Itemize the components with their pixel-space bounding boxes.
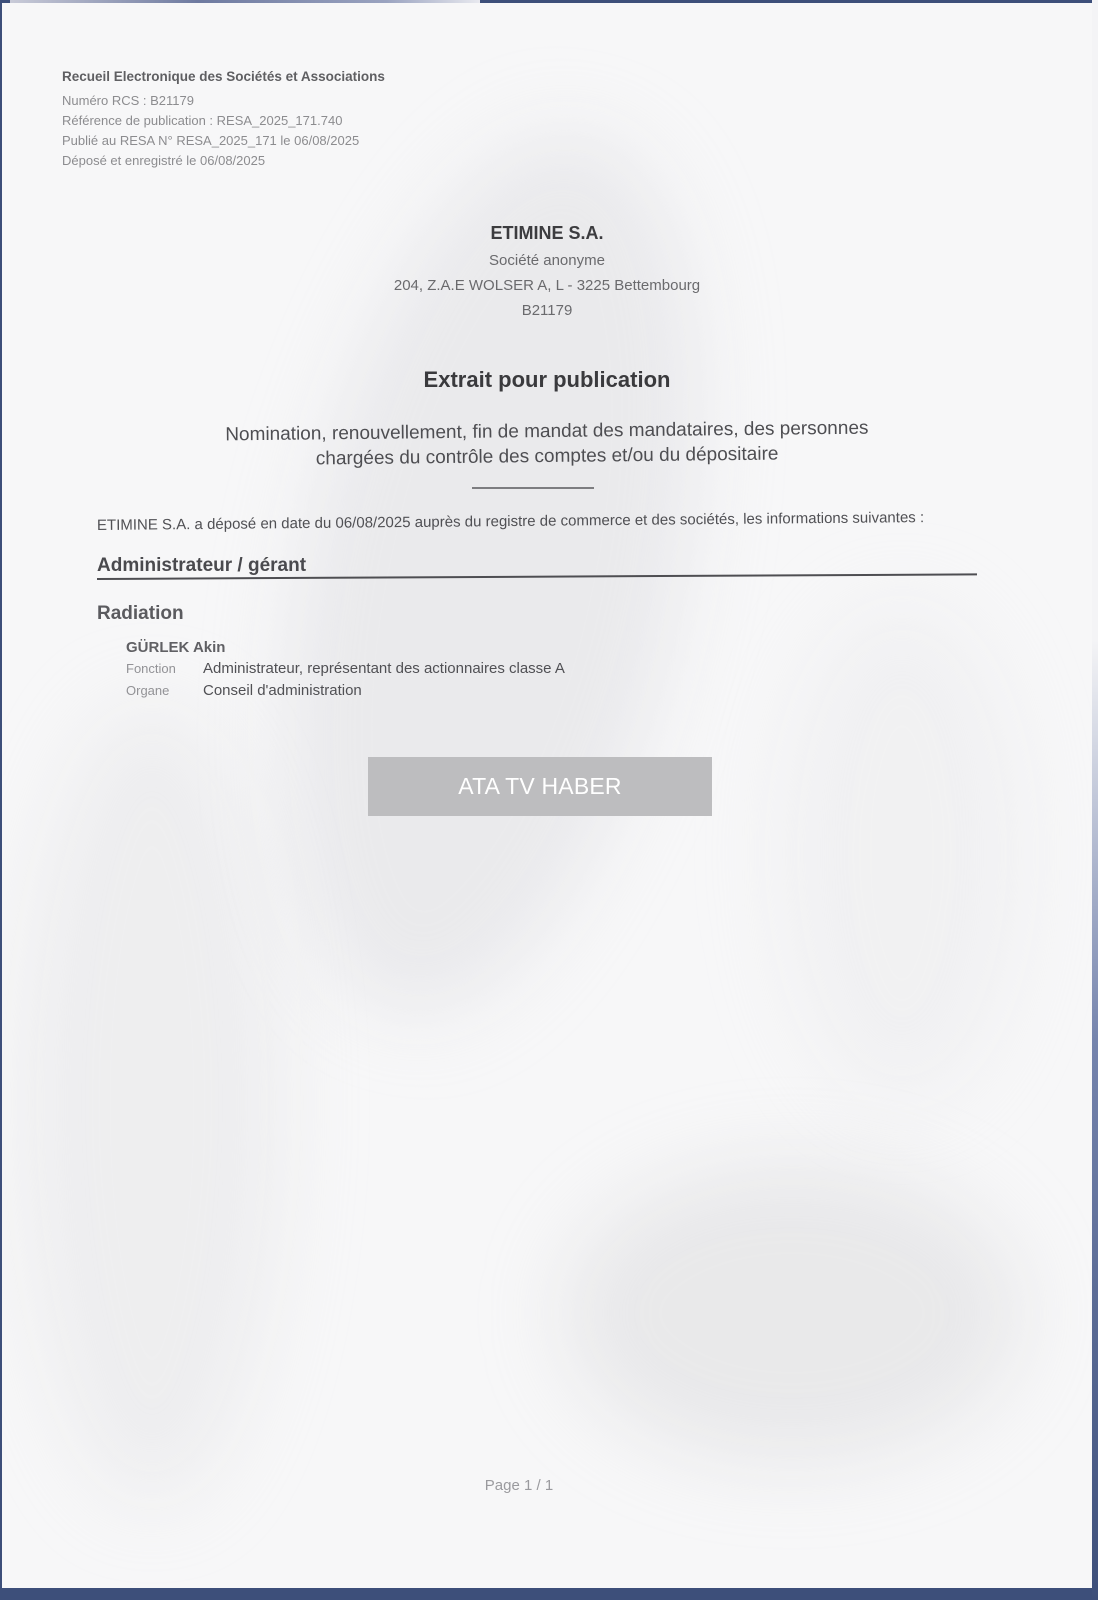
page-number: Page 1 / 1 <box>2 1477 1036 1494</box>
section-heading: Administrateur / gérant <box>97 555 306 577</box>
detail-row-fonction: FonctionAdministrateur, représentant des… <box>126 660 565 677</box>
detail-label: Organe <box>126 683 203 698</box>
company-address: 204, Z.A.E WOLSER A, L - 3225 Bettembour… <box>2 273 1092 298</box>
document-page: Recueil Electronique des Sociétés et Ass… <box>2 3 1092 1588</box>
watermark-banner: ATA TV HABER <box>368 757 712 816</box>
photo-edge-right <box>1092 0 1098 1600</box>
paper-shadow <box>22 703 282 1503</box>
detail-label: Fonction <box>126 661 203 676</box>
filing-statement: ETIMINE S.A. a déposé en date du 06/08/2… <box>97 509 977 534</box>
company-legal-form: Société anonyme <box>2 248 1092 273</box>
extract-title: Extrait pour publication <box>2 367 1092 393</box>
rcs-number-line: Numéro RCS : B21179 <box>62 91 385 111</box>
paper-shadow <box>782 603 1022 1103</box>
company-block: ETIMINE S.A. Société anonyme 204, Z.A.E … <box>2 221 1092 323</box>
registry-title: Recueil Electronique des Sociétés et Ass… <box>62 67 385 87</box>
extract-subtitle: Nomination, renouvellement, fin de manda… <box>152 415 942 473</box>
company-rcs-number: B21179 <box>2 298 1092 323</box>
registry-header: Recueil Electronique des Sociétés et Ass… <box>62 67 385 171</box>
detail-row-organe: OrganeConseil d'administration <box>126 682 362 699</box>
action-heading: Radiation <box>97 603 184 625</box>
publication-reference-line: Référence de publication : RESA_2025_171… <box>62 111 385 131</box>
detail-value: Administrateur, représentant des actionn… <box>203 660 565 677</box>
paper-shadow <box>562 1163 1022 1463</box>
divider <box>472 487 594 489</box>
publication-date-line: Publié au RESA N° RESA_2025_171 le 06/08… <box>62 131 385 151</box>
person-name: GÜRLEK Akin <box>126 639 225 656</box>
filing-date-line: Déposé et enregistré le 06/08/2025 <box>62 151 385 171</box>
company-name: ETIMINE S.A. <box>2 221 1092 246</box>
detail-value: Conseil d'administration <box>203 682 362 699</box>
